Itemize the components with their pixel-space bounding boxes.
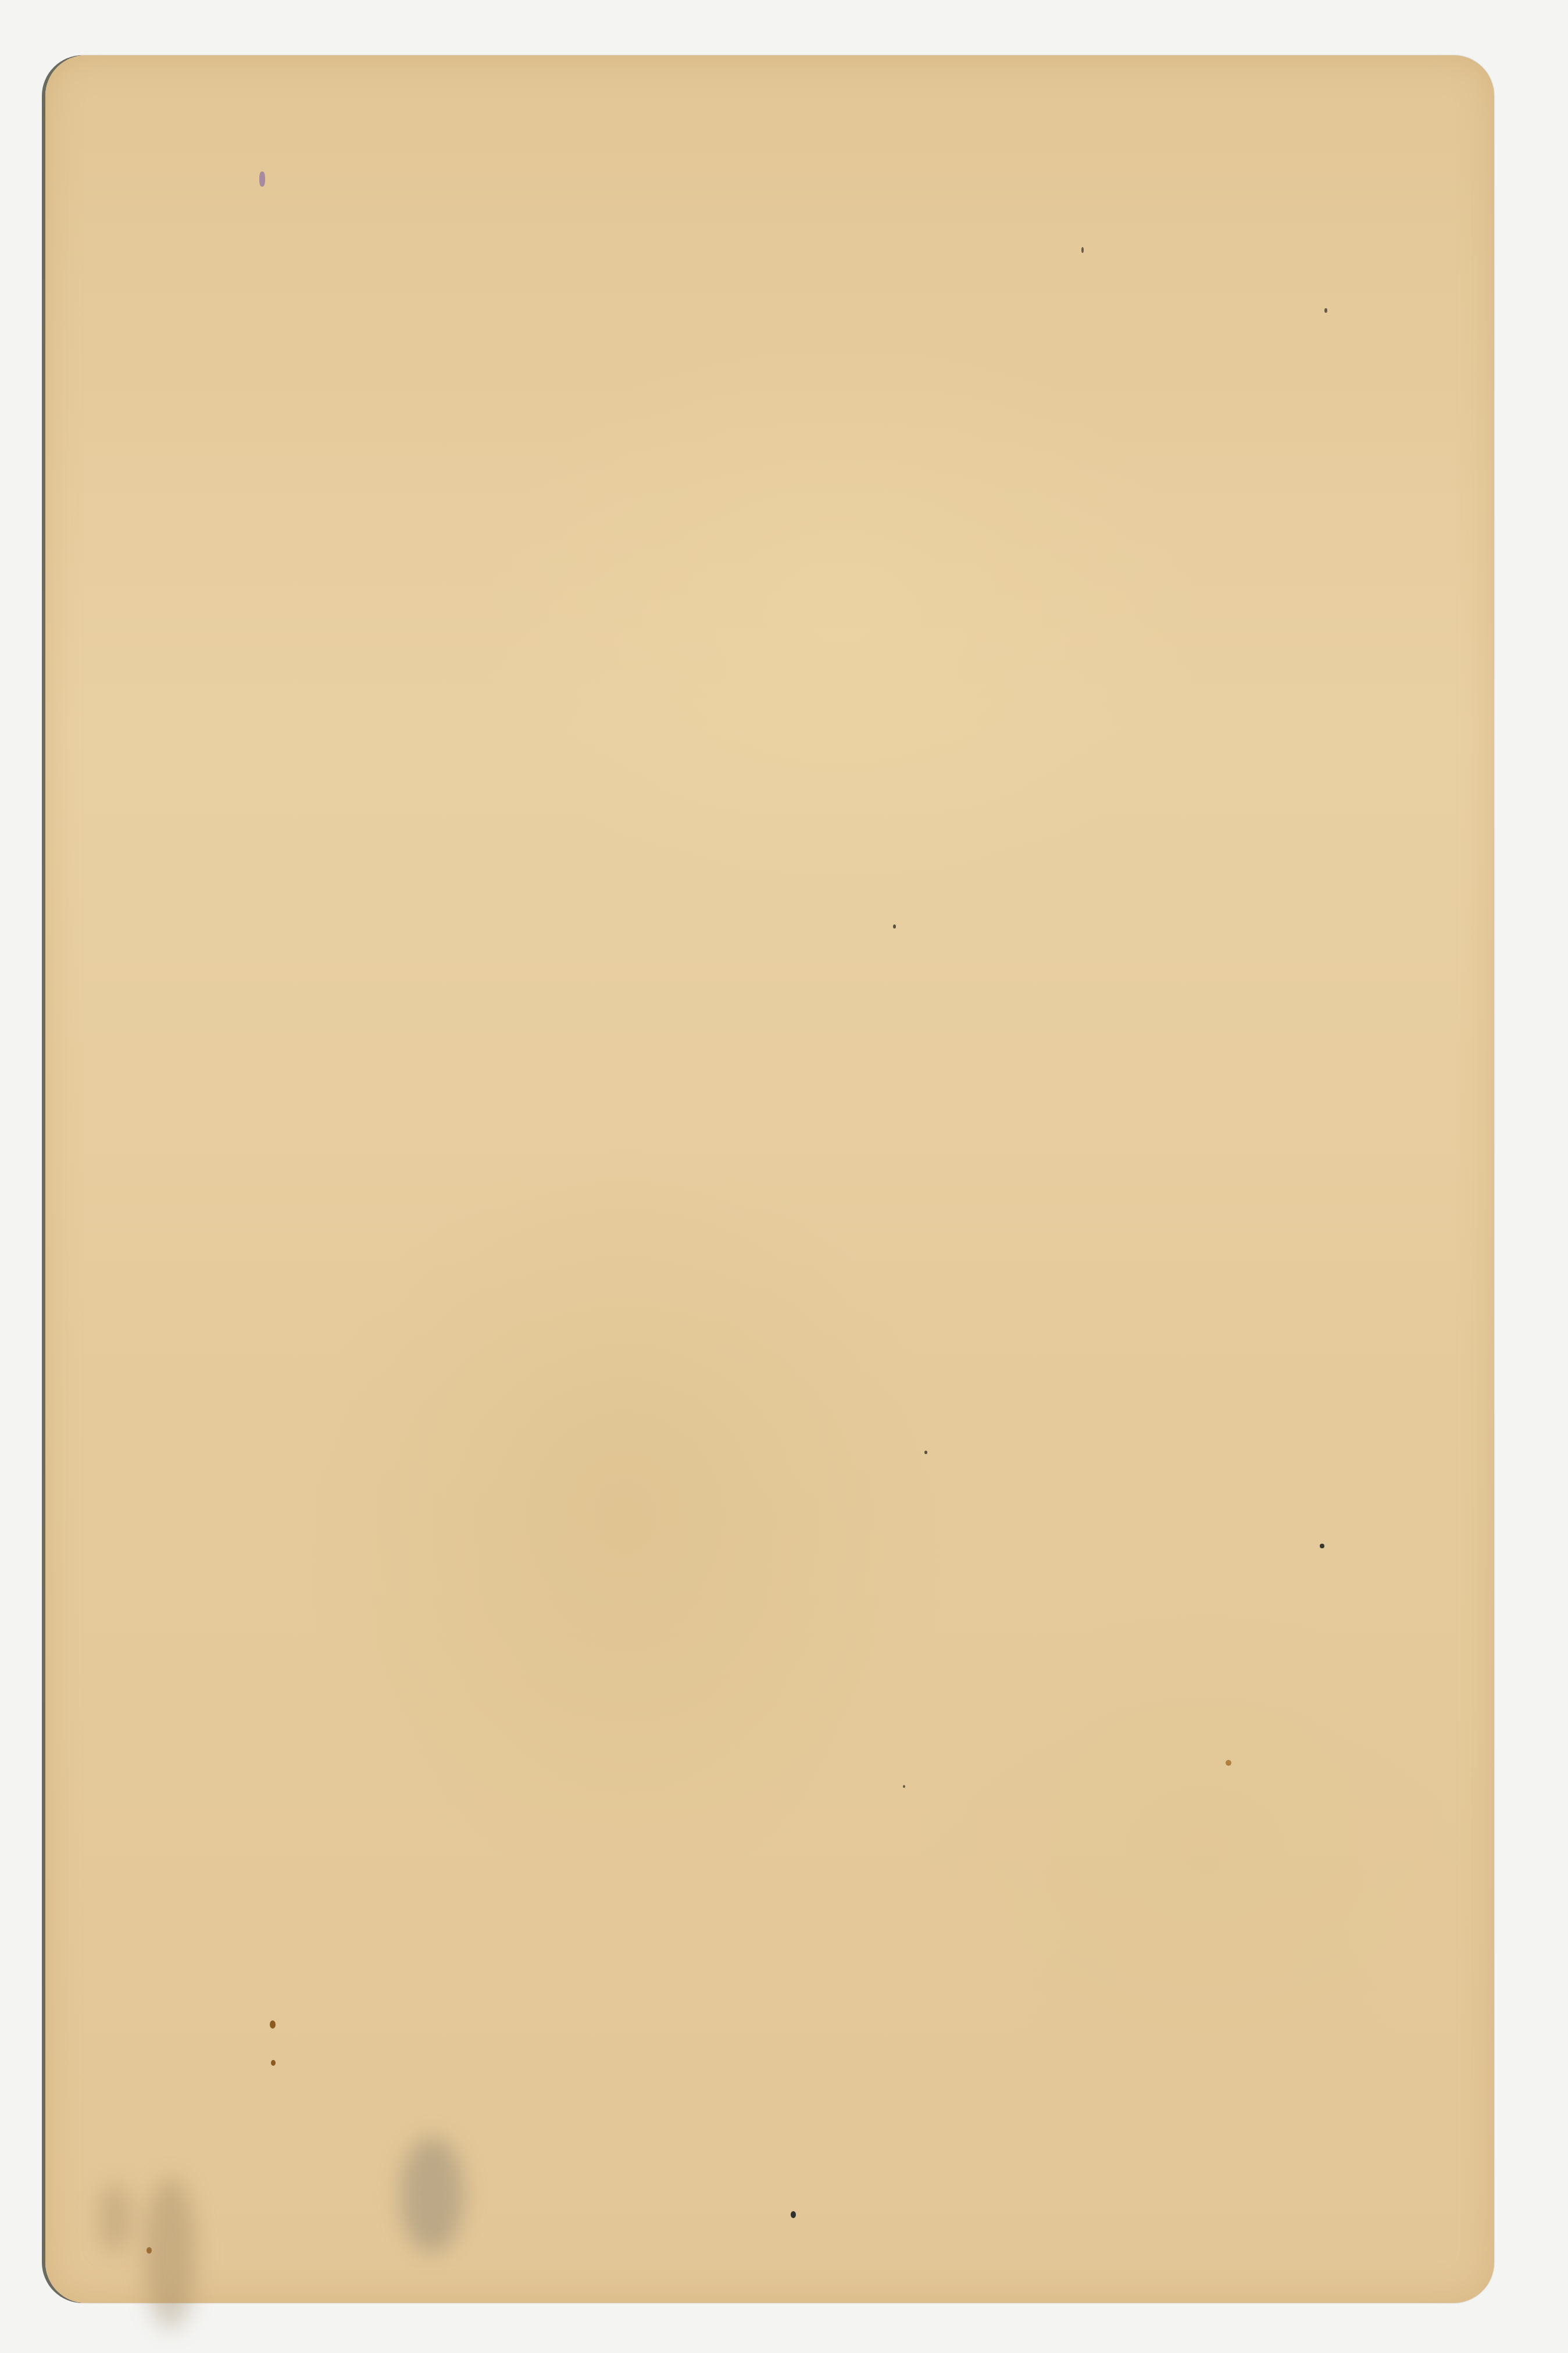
purple-speck xyxy=(259,172,265,187)
brown-speck xyxy=(270,2020,276,2029)
dark-speck xyxy=(924,1451,927,1454)
dark-speck xyxy=(791,2211,796,2218)
dark-speck xyxy=(893,924,896,929)
smudge-stain xyxy=(98,2183,133,2253)
dark-speck xyxy=(1324,308,1327,313)
dark-speck xyxy=(1320,1544,1324,1548)
brown-speck xyxy=(1226,1760,1231,1766)
dark-speck xyxy=(903,1785,905,1788)
smudge-stain xyxy=(144,2177,197,2329)
aged-card xyxy=(45,55,1494,2303)
dark-speck xyxy=(1081,247,1084,253)
smudge-stain xyxy=(400,2137,464,2253)
brown-speck xyxy=(271,2060,276,2066)
